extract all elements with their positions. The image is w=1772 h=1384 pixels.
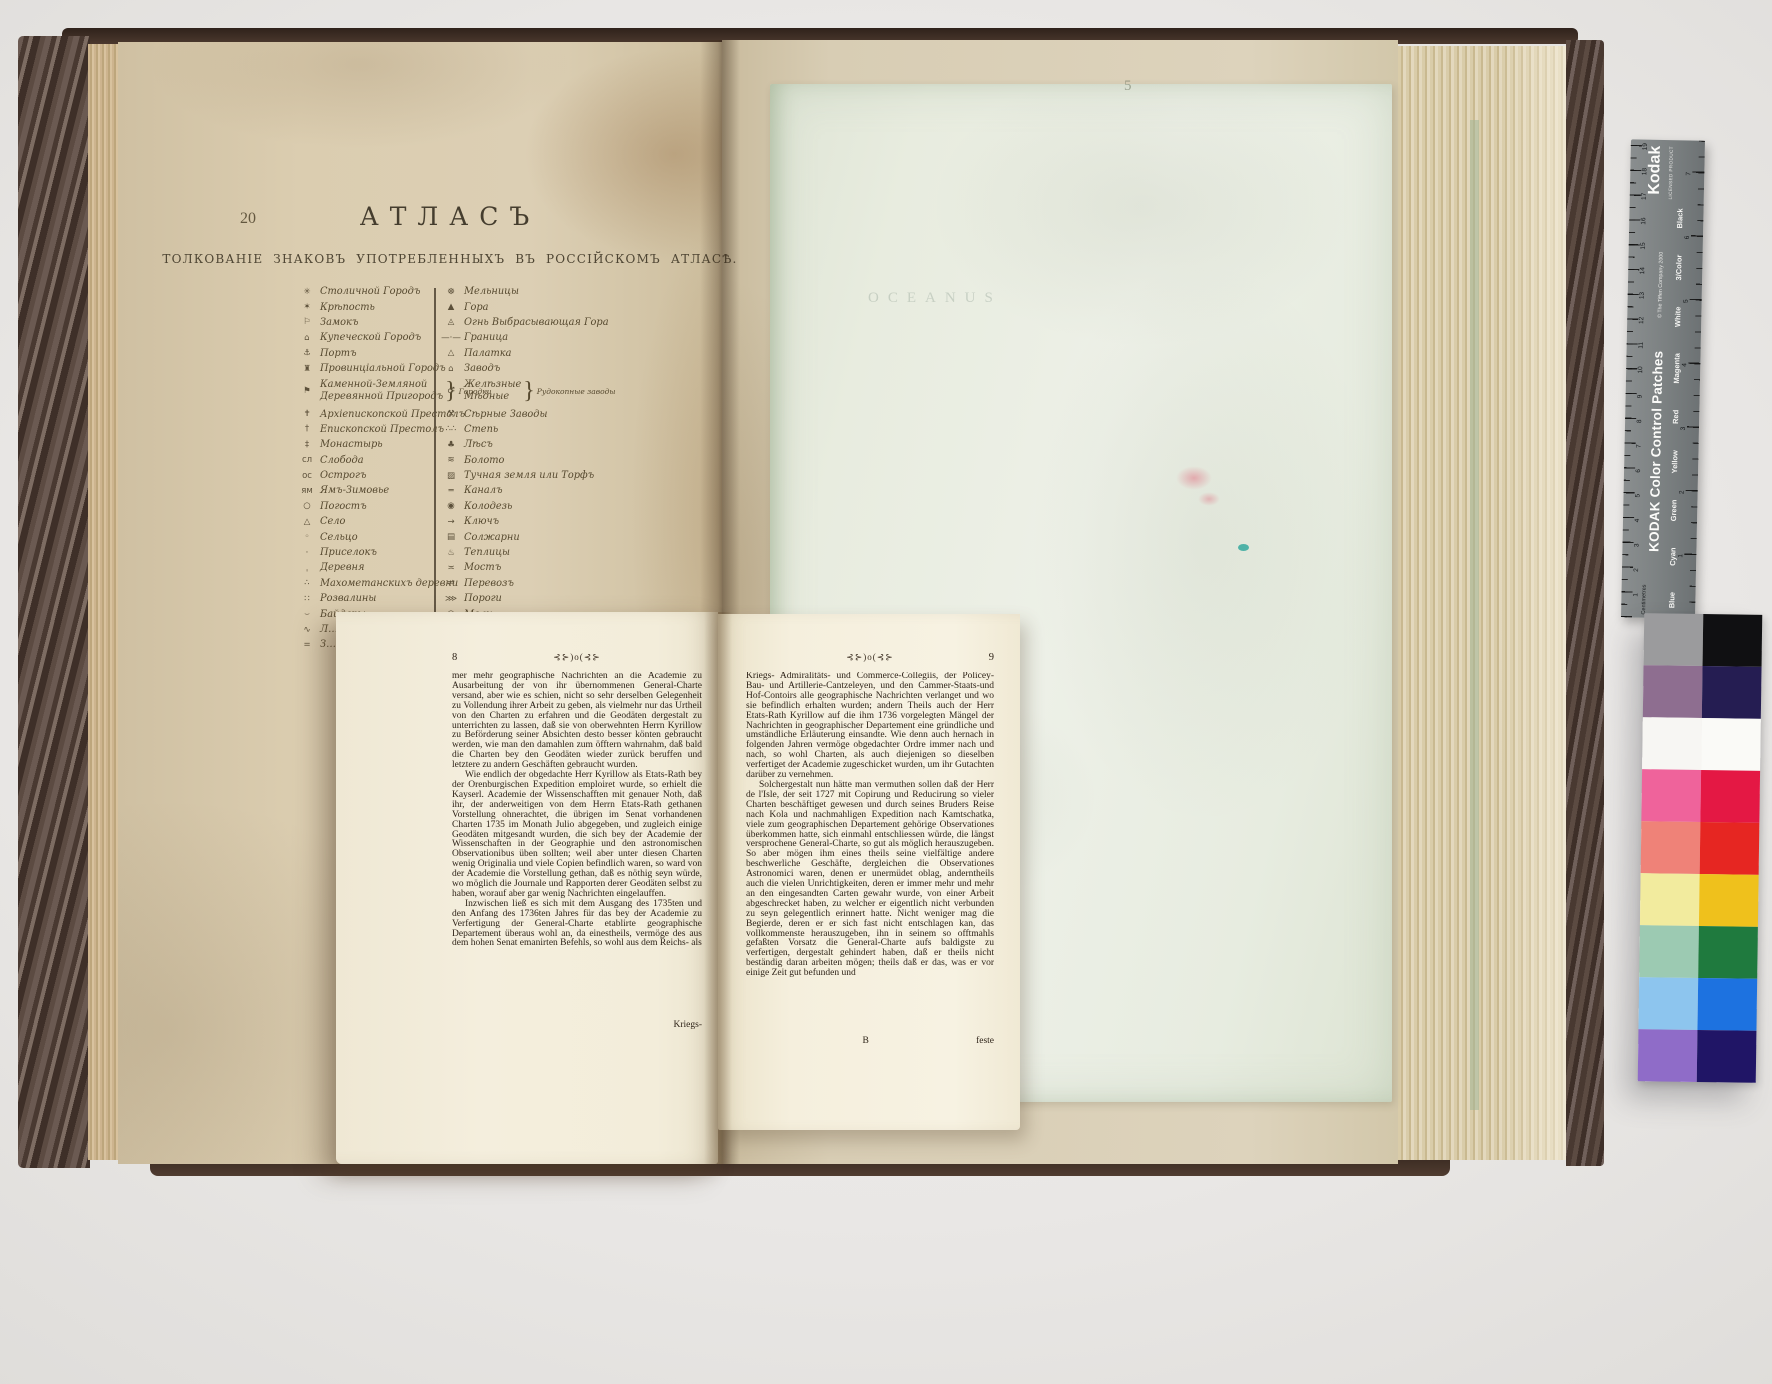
legend-symbol: ✶ bbox=[294, 302, 320, 312]
legend-symbol: ⚒ bbox=[438, 409, 464, 419]
legend-brace-label: Рудокопные заводы bbox=[537, 387, 616, 396]
legend-label: Мостъ bbox=[464, 562, 501, 573]
legend-symbol: ═ bbox=[438, 486, 464, 496]
legend-label: Слобода bbox=[320, 455, 364, 466]
legend-label: Епископской Престолъ bbox=[320, 424, 444, 435]
legend-entry: ◦Сельцо bbox=[294, 529, 434, 544]
map-faint-page-number: 5 bbox=[1124, 78, 1132, 95]
kodak-licensed-text: LICENSED PRODUCT bbox=[1668, 146, 1674, 199]
legend-symbol: —·— bbox=[438, 333, 464, 343]
legend-entry: ⚒Сѣрные Заводы bbox=[438, 406, 664, 421]
legend-symbol: = bbox=[294, 640, 320, 650]
color-patch-salmon-red-left bbox=[1641, 821, 1701, 874]
legend-symbol: ≍ bbox=[438, 563, 464, 573]
page-9-catchword: feste bbox=[976, 1036, 994, 1046]
legend-entry: ≋Болото bbox=[438, 453, 664, 468]
legend-symbol: ◉ bbox=[438, 501, 464, 511]
legend-label: З… bbox=[320, 639, 336, 650]
legend-symbol: ♂ bbox=[438, 386, 464, 396]
legend-entry: ∴∴Степь bbox=[438, 422, 664, 437]
ruler-color-label: White bbox=[1673, 307, 1682, 328]
ruler-cm-number: 2 bbox=[1633, 568, 1640, 572]
legend-label: Каменной-Земляной bbox=[320, 379, 443, 391]
legend-label: Деревня bbox=[320, 562, 364, 573]
ruler-color-label: Black bbox=[1675, 208, 1684, 228]
color-patch-pink-crimson-left bbox=[1641, 769, 1701, 822]
legend-label: Болото bbox=[464, 455, 504, 466]
ruler-color-label: Cyan bbox=[1668, 547, 1677, 566]
legend-entry: →Ключъ bbox=[438, 514, 664, 529]
book-cover-left bbox=[18, 36, 90, 1168]
ruler-inch-number: 4 bbox=[1681, 363, 1688, 367]
ruler-inch-number: 2 bbox=[1679, 490, 1686, 494]
ruler-title: KODAK Color Control Patches bbox=[1646, 351, 1665, 552]
legend-entry: ◬Огнь Выбрасывающая Гора bbox=[438, 315, 664, 330]
legend-entry: ♨Теплицы bbox=[438, 545, 664, 560]
legend-entry: ✶Крѣпость bbox=[294, 299, 434, 314]
ruler-centimetres-label: Centimetres bbox=[1641, 584, 1648, 614]
ruler-cm-number: 6 bbox=[1635, 469, 1642, 473]
page-9-text-block: Kriegs- Admiralitäts- und Commerce-Colle… bbox=[746, 672, 994, 1032]
legend-entry: ▨Тучная земля или Торфъ bbox=[438, 468, 664, 483]
legend-symbol: ∴ bbox=[294, 578, 320, 588]
ruler-color-label: Red bbox=[1671, 410, 1680, 424]
legend-symbol: → bbox=[438, 517, 464, 527]
legend-label: Колодезь bbox=[464, 501, 512, 512]
legend-entry: △Село bbox=[294, 514, 434, 529]
legend-label: Ключъ bbox=[464, 516, 499, 527]
legend-entry: △Палатка bbox=[438, 346, 664, 361]
legend-symbol: ☸ bbox=[438, 287, 464, 297]
paragraph: Inzwischen ließ es sich mit dem Ausgang … bbox=[452, 900, 702, 950]
map-pink-region bbox=[1176, 466, 1212, 490]
legend-braced-lines: Каменной-ЗемлянойДеревянной Пригородъ bbox=[320, 379, 443, 403]
legend-entry: ◉Колодезь bbox=[438, 499, 664, 514]
legend-label: Палатка bbox=[464, 348, 511, 359]
color-patch-teal-green-left bbox=[1639, 925, 1699, 978]
legend-symbol: ⇌ bbox=[438, 578, 464, 588]
ruler-inch-number: 5 bbox=[1683, 299, 1690, 303]
color-patch-salmon-red-right bbox=[1700, 822, 1760, 875]
paragraph: Solchergestalt nun hätte man vermuthen s… bbox=[746, 781, 994, 979]
color-patch-gray-black-right bbox=[1703, 614, 1763, 667]
legend-entry: ═Каналъ bbox=[438, 483, 664, 498]
legend-symbol: ‡ bbox=[294, 440, 320, 450]
legend-symbol: ♣ bbox=[438, 440, 464, 450]
legend-label: Острогъ bbox=[320, 470, 366, 481]
color-patch-mauve-indigo-right bbox=[1702, 666, 1762, 719]
ruler-cm-number: 3 bbox=[1633, 543, 1640, 547]
legend-symbol: ▤ bbox=[438, 532, 464, 542]
atlas-title: АТЛАСЪ bbox=[170, 202, 730, 231]
page-9-header-ornament: ⊰⊱)o(⊰⊱ bbox=[746, 652, 994, 663]
legend-entry: ☸Мельницы bbox=[438, 284, 664, 299]
legend-symbol: ⌂ bbox=[438, 364, 464, 374]
legend-symbol: · bbox=[294, 548, 320, 558]
page-8-catchword: Kriegs- bbox=[452, 1020, 702, 1030]
legend-entry: ⋙Пороги bbox=[438, 591, 664, 606]
ruler-cm-number: 8 bbox=[1636, 419, 1643, 423]
legend-label: Погостъ bbox=[320, 501, 367, 512]
legend-label: Провинціальной Городъ bbox=[320, 363, 446, 374]
ruler-cm-number: 7 bbox=[1636, 444, 1643, 448]
map-teal-mark bbox=[1238, 544, 1249, 551]
legend-entry: †Епископской Престолъ bbox=[294, 422, 434, 437]
legend-label: Портъ bbox=[320, 348, 357, 359]
legend-label: Сельцо bbox=[320, 532, 358, 543]
legend-symbol: ос bbox=[294, 471, 320, 481]
legend-symbol: ⚑ bbox=[294, 386, 320, 396]
legend-symbol: ◦ bbox=[294, 532, 320, 542]
book-cover-right bbox=[1566, 40, 1604, 1166]
ruler-cm-number: 5 bbox=[1635, 494, 1642, 498]
legend-symbol: ∴∴ bbox=[438, 424, 464, 434]
ruler-inch-number: 3 bbox=[1680, 427, 1687, 431]
legend-braced-lines: ЖелѣзныеМѣдные bbox=[464, 379, 521, 403]
legend-label: Мельницы bbox=[464, 286, 519, 297]
legend-symbol: сл bbox=[294, 455, 320, 465]
paragraph: Wie endlich der obgedachte Herr Kyrillow… bbox=[452, 771, 702, 900]
color-patch-lightblue-blue-left bbox=[1638, 977, 1698, 1030]
legend-entry-braced: ⚑Каменной-ЗемлянойДеревянной Пригородъ}Г… bbox=[294, 376, 434, 406]
legend-column-left: ✳Столичной Городъ✶Крѣпость⚐Замокъ⌂Купече… bbox=[294, 284, 434, 653]
page-8-text-block: mer mehr geographische Nachrichten an di… bbox=[452, 672, 702, 1018]
kodak-brand-logo: Kodak bbox=[1646, 146, 1665, 195]
book-fore-edge-right bbox=[1398, 46, 1566, 1160]
legend-entry: ▤Солжарни bbox=[438, 529, 664, 544]
page-9-header: ⊰⊱)o(⊰⊱ 9 bbox=[746, 652, 994, 666]
atlas-legend-subtitle: ТОЛКОВАНІЕ ЗНАКОВЪ УПОТРЕБЛЕННЫХЪ ВЪ РОС… bbox=[150, 252, 750, 266]
legend-label: Крѣпость bbox=[320, 302, 375, 313]
legend-symbol: ✝ bbox=[294, 409, 320, 419]
legend-column-right: ☸Мельницы▲Гора◬Огнь Выбрасывающая Гора—·… bbox=[438, 284, 664, 622]
color-patch-mauve-indigo-left bbox=[1643, 665, 1703, 718]
legend-label: Перевозъ bbox=[464, 578, 514, 589]
legend-entry: ∷Розвалины bbox=[294, 591, 434, 606]
kodak-color-ruler: 12345678910111213141516171819 1234567 KO… bbox=[1621, 139, 1705, 618]
paragraph: Kriegs- Admiralitäts- und Commerce-Colle… bbox=[746, 672, 994, 781]
photo-of-atlas-book: 20 АТЛАСЪ ТОЛКОВАНІЕ ЗНАКОВЪ УПОТРЕБЛЕНН… bbox=[0, 0, 1772, 1384]
legend-label: Деревянной Пригородъ bbox=[320, 391, 443, 403]
ruler-inch-number: 7 bbox=[1685, 172, 1692, 176]
legend-label: Огнь Выбрасывающая Гора bbox=[464, 317, 609, 328]
ruler-color-label: Magenta bbox=[1672, 353, 1682, 384]
map-faint-ocean-label: OCEANUS bbox=[868, 290, 1002, 307]
legend-label: Тучная земля или Торфъ bbox=[464, 470, 594, 481]
color-patch-teal-green-right bbox=[1698, 926, 1758, 979]
map-sheets-edge-band bbox=[1470, 120, 1479, 1110]
page-8-header: 8 ⊰⊱)o(⊰⊱ bbox=[452, 652, 702, 666]
color-patch-purple-navy-right bbox=[1697, 1030, 1757, 1083]
color-patch-paleyellow-gold-right bbox=[1699, 874, 1759, 927]
legend-symbol: ○ bbox=[294, 501, 320, 511]
ruler-cm-number: 12 bbox=[1638, 317, 1645, 324]
legend-symbol: △ bbox=[294, 517, 320, 527]
legend-entry: ⚐Замокъ bbox=[294, 315, 434, 330]
legend-symbol: ♜ bbox=[294, 364, 320, 374]
legend-entry: ⌂Купеческой Городъ bbox=[294, 330, 434, 345]
legend-entry: ˌДеревня bbox=[294, 560, 434, 575]
legend-entry-braced: ♂ЖелѣзныеМѣдные}Рудокопные заводы bbox=[438, 376, 664, 406]
legend-label: Заводъ bbox=[464, 363, 500, 374]
legend-label: Столичной Городъ bbox=[320, 286, 420, 297]
legend-symbol: ▲ bbox=[438, 302, 464, 312]
legend-entry: ♣Лѣсъ bbox=[438, 437, 664, 452]
legend-entry: ▲Гора bbox=[438, 299, 664, 314]
ruler-cm-number: 16 bbox=[1640, 217, 1647, 224]
legend-entry: ямЯмъ-Зимовье bbox=[294, 483, 434, 498]
legend-entry: ✝Архіепископской Престолъ bbox=[294, 406, 434, 421]
ruler-inch-ticks-major bbox=[1683, 141, 1705, 619]
page-9-number: 9 bbox=[989, 652, 994, 663]
ruler-cm-number: 4 bbox=[1634, 519, 1641, 523]
legend-symbol: ▨ bbox=[438, 471, 464, 481]
ruler-copyright: © The Tiffen Company 2000 bbox=[1657, 252, 1664, 318]
legend-symbol: △ bbox=[438, 348, 464, 358]
legend-label: Степь bbox=[464, 424, 498, 435]
legend-label: Ямъ-Зимовье bbox=[320, 485, 389, 496]
ruler-color-label: 3/Color bbox=[1674, 255, 1684, 281]
legend-symbol: ⌣ bbox=[294, 609, 320, 619]
legend-symbol: ⚐ bbox=[294, 317, 320, 327]
map-pink-region-small bbox=[1198, 492, 1220, 506]
color-patch-lightblue-blue-right bbox=[1697, 978, 1757, 1031]
page-9-signature-mark: B bbox=[863, 1036, 869, 1046]
legend-symbol: ∿ bbox=[294, 625, 320, 635]
ruler-cm-number: 11 bbox=[1638, 342, 1645, 349]
legend-entry: слСлобода bbox=[294, 453, 434, 468]
legend-entry: ○Погостъ bbox=[294, 499, 434, 514]
legend-label: Сѣрные Заводы bbox=[464, 409, 548, 420]
legend-symbol: ≋ bbox=[438, 455, 464, 465]
ruler-inch-number: 1 bbox=[1677, 554, 1684, 558]
legend-entry: ⚓Портъ bbox=[294, 346, 434, 361]
kodak-color-patches bbox=[1638, 613, 1763, 1083]
page-9-footer-line: B feste bbox=[746, 1036, 994, 1048]
legend-entry: ·Приселокъ bbox=[294, 545, 434, 560]
legend-entry: ‡Монастырь bbox=[294, 437, 434, 452]
legend-entry: ⇌Перевозъ bbox=[438, 576, 664, 591]
color-patch-white-white-left bbox=[1642, 717, 1702, 770]
color-patch-white-white-right bbox=[1701, 718, 1761, 771]
color-patch-purple-navy-left bbox=[1638, 1029, 1698, 1082]
ruler-inch-number: 6 bbox=[1684, 236, 1691, 240]
legend-label: Желѣзные bbox=[464, 379, 521, 391]
legend-entry: ∴Махометанскихъ деревни bbox=[294, 576, 434, 591]
ruler-cm-number: 14 bbox=[1639, 267, 1646, 274]
ruler-color-label: Green bbox=[1669, 500, 1678, 522]
ruler-color-label: Blue bbox=[1667, 592, 1676, 608]
book-fore-edge-left bbox=[88, 44, 118, 1160]
legend-symbol: ✳ bbox=[294, 287, 320, 297]
ruler-cm-number: 9 bbox=[1637, 395, 1644, 399]
legend-label: Село bbox=[320, 516, 345, 527]
ruler-cm-number: 15 bbox=[1640, 242, 1647, 249]
legend-label: Розвалины bbox=[320, 593, 376, 604]
legend-symbol: ♨ bbox=[438, 548, 464, 558]
legend-symbol: ∷ bbox=[294, 594, 320, 604]
legend-label: Граница bbox=[464, 332, 508, 343]
color-patch-gray-black-left bbox=[1644, 613, 1704, 666]
legend-symbol: ⋙ bbox=[438, 594, 464, 604]
legend-entry: ♜Провинціальной Городъ bbox=[294, 361, 434, 376]
legend-label: Мѣдные bbox=[464, 391, 521, 403]
legend-label: Гора bbox=[464, 302, 489, 313]
legend-symbol: † bbox=[294, 424, 320, 434]
color-patch-pink-crimson-right bbox=[1700, 770, 1760, 823]
legend-symbol: ям bbox=[294, 486, 320, 496]
legend-label: Пороги bbox=[464, 593, 502, 604]
paragraph: mer mehr geographische Nachrichten an di… bbox=[452, 672, 702, 771]
legend-entry: —·—Граница bbox=[438, 330, 664, 345]
color-patch-paleyellow-gold-left bbox=[1640, 873, 1700, 926]
legend-label: Купеческой Городъ bbox=[320, 332, 421, 343]
legend-symbol: ⚓ bbox=[294, 348, 320, 358]
legend-label: Каналъ bbox=[464, 485, 502, 496]
legend-label: Теплицы bbox=[464, 547, 510, 558]
legend-entry: ⌂Заводъ bbox=[438, 361, 664, 376]
legend-symbol: ◬ bbox=[438, 317, 464, 327]
legend-symbol: ⌂ bbox=[294, 333, 320, 343]
brace-glyph: } bbox=[523, 378, 535, 405]
legend-label: Солжарни bbox=[464, 532, 520, 543]
ruler-color-label: Yellow bbox=[1670, 450, 1679, 474]
ruler-cm-number: 10 bbox=[1637, 366, 1644, 373]
ruler-rotated-face: 12345678910111213141516171819 1234567 KO… bbox=[1621, 139, 1705, 618]
page-8-header-ornament: ⊰⊱)o(⊰⊱ bbox=[452, 652, 702, 663]
legend-label: Лѣсъ bbox=[464, 439, 493, 450]
legend-label: Замокъ bbox=[320, 317, 358, 328]
legend-label: Монастырь bbox=[320, 439, 383, 450]
ruler-cm-number: 13 bbox=[1639, 292, 1646, 299]
legend-entry: ✳Столичной Городъ bbox=[294, 284, 434, 299]
legend-label: Приселокъ bbox=[320, 547, 377, 558]
legend-entry: осОстрогъ bbox=[294, 468, 434, 483]
ruler-color-labels: BlueCyanGreenYellowRedMagentaWhite3/Colo… bbox=[1667, 208, 1684, 608]
ruler-cm-number: 1 bbox=[1632, 593, 1639, 597]
legend-entry: ≍Мостъ bbox=[438, 560, 664, 575]
legend-symbol: ˌ bbox=[294, 563, 320, 573]
